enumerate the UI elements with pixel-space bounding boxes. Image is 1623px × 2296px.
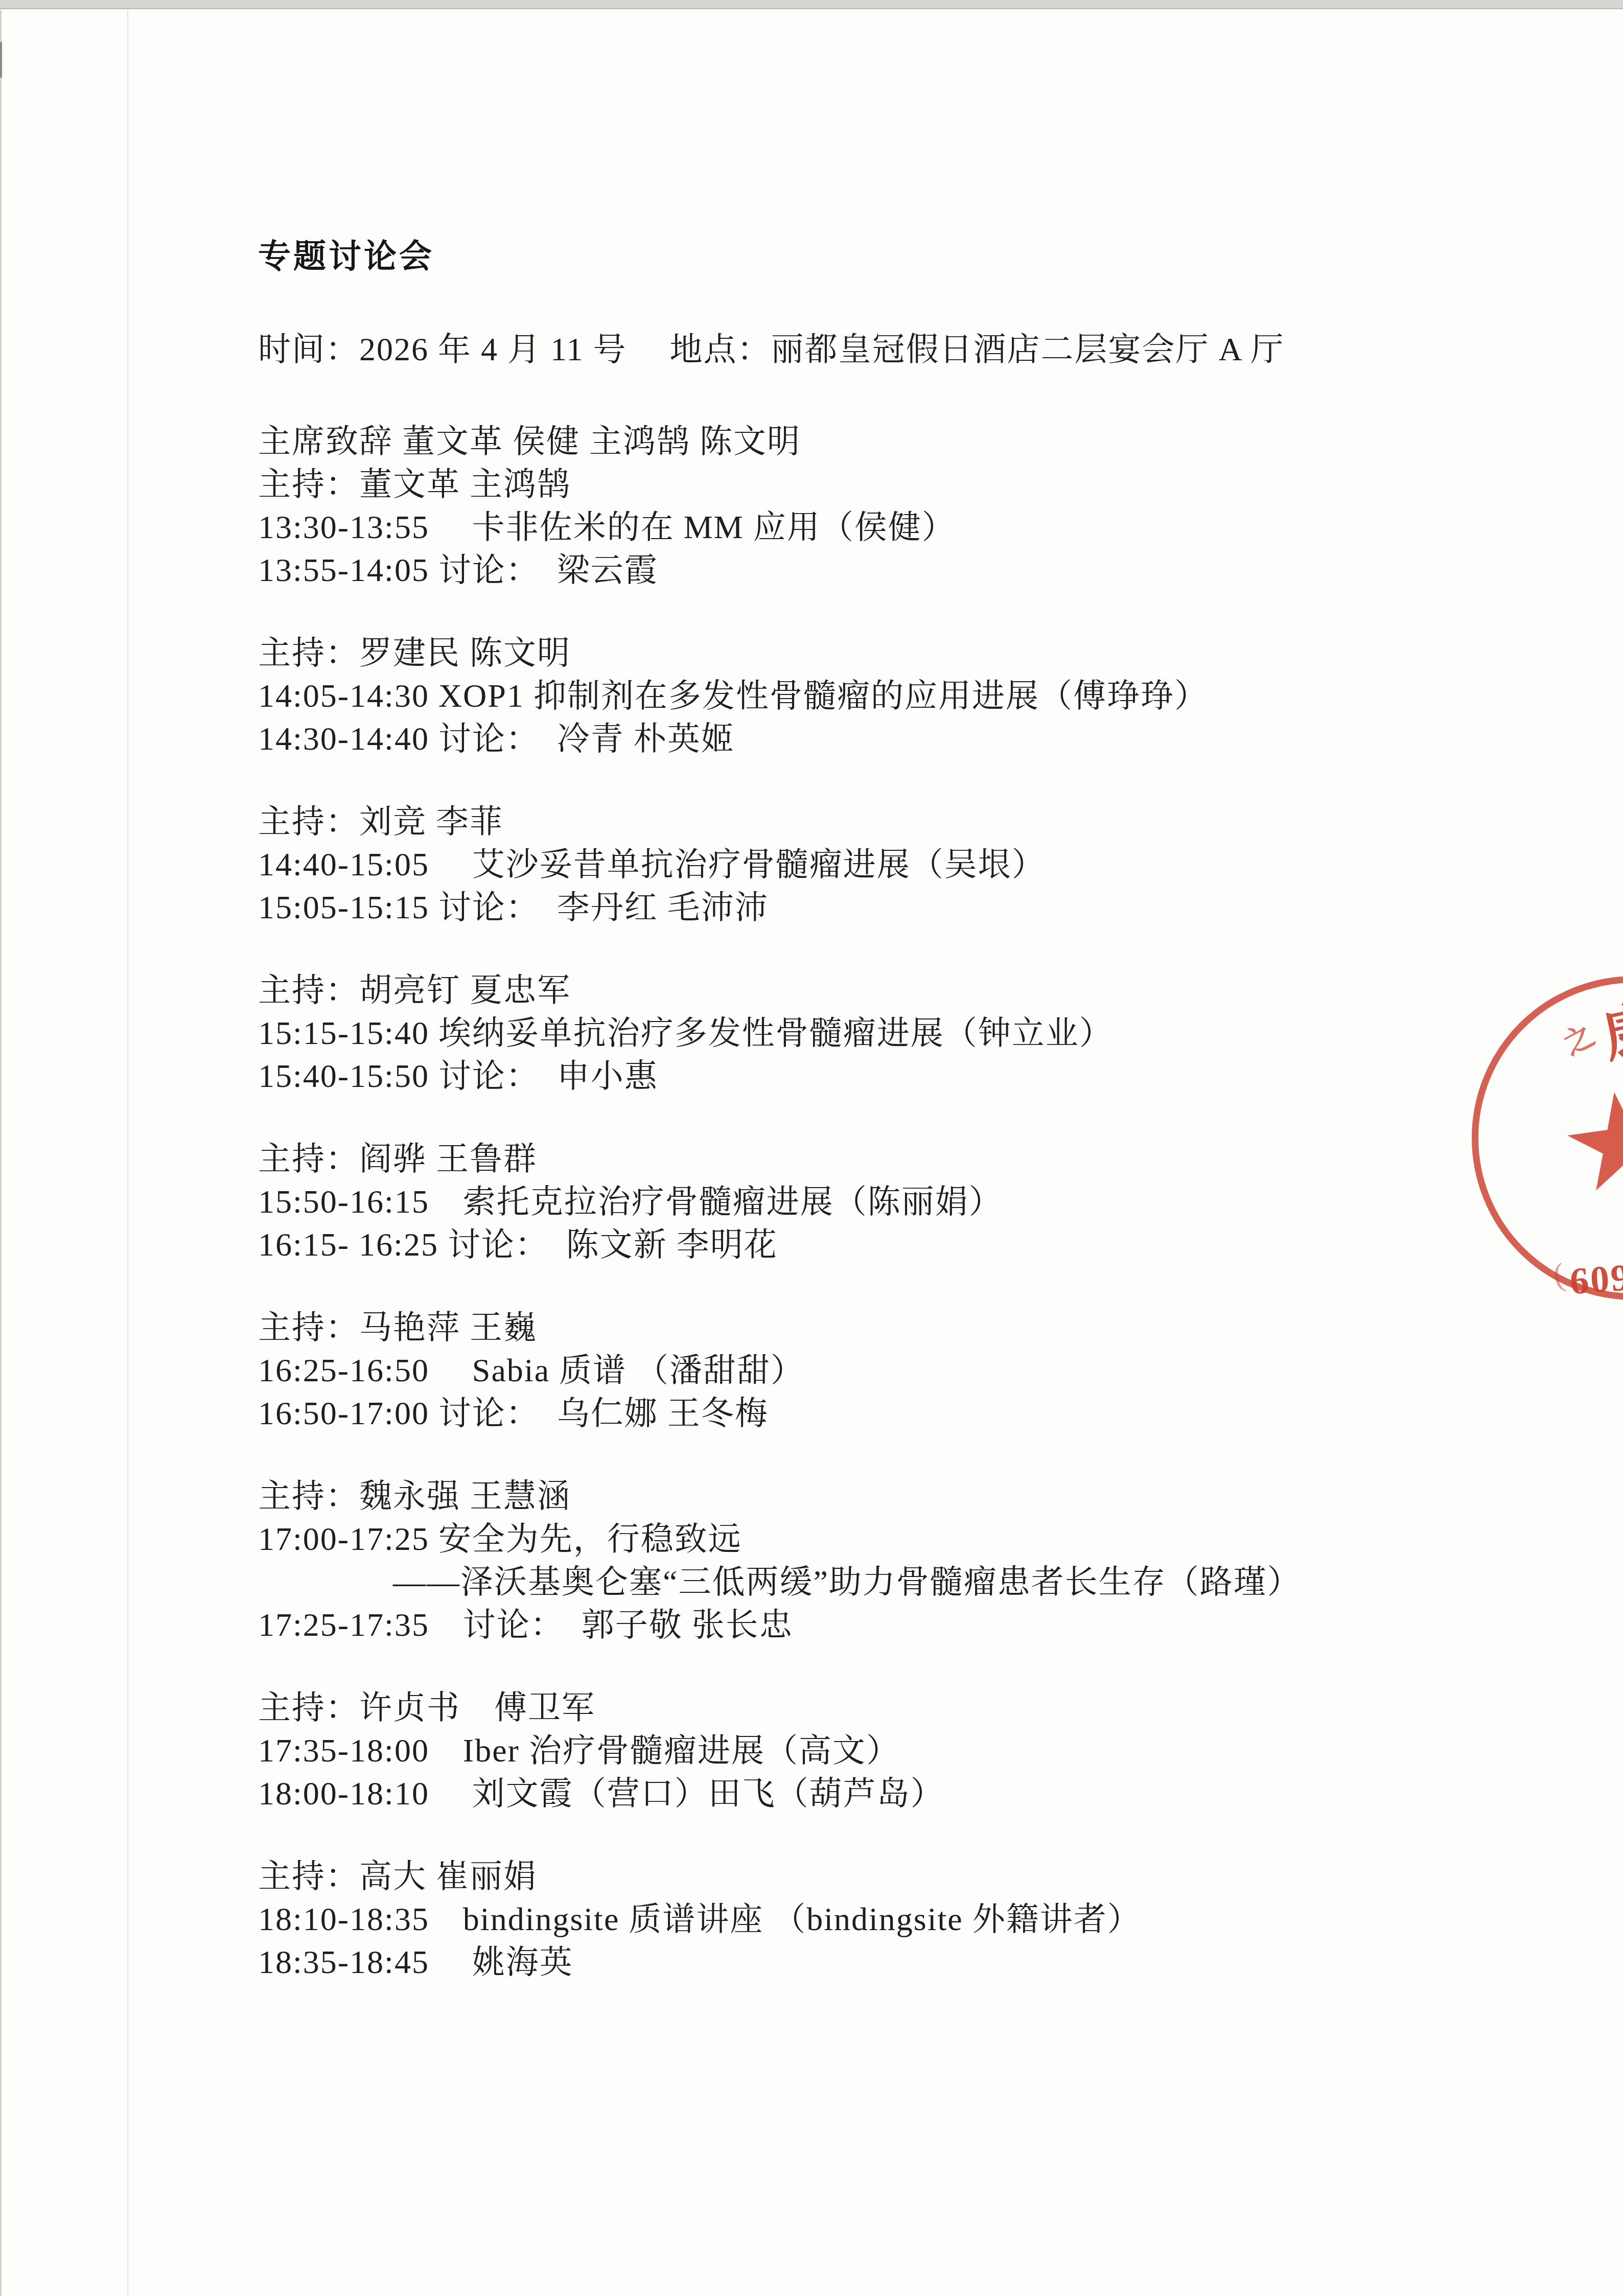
session-block: 主席致辞 董文革 侯健 主鸿鹄 陈文明主持：董文革 主鸿鹄13:30-13:55… — [258, 420, 1510, 592]
session-line: 16:25-16:50 Sabia 质谱 （潘甜甜） — [258, 1349, 1510, 1392]
scan-top-band — [0, 0, 1623, 9]
session-line: 主持：胡亮钉 夏忠军 — [258, 969, 1510, 1012]
session-line: 17:25-17:35 讨论： 郭子敬 张长忠 — [258, 1604, 1510, 1646]
stamp-character: 康 — [1594, 981, 1623, 1074]
session-line: 主持：罗建民 陈文明 — [258, 632, 1510, 675]
stamp-number-prefix: ( — [1550, 1256, 1568, 1295]
session-line: 15:15-15:40 埃纳妥单抗治疗多发性骨髓瘤进展（钟立业） — [258, 1012, 1510, 1055]
page-title: 专题讨论会 — [258, 230, 1510, 277]
session-line: 主持：魏永强 王慧涵 — [258, 1475, 1510, 1518]
session-block: 主持：罗建民 陈文明14:05-14:30 XOP1 抑制剂在多发性骨髓瘤的应用… — [258, 632, 1510, 760]
session-line: 16:50-17:00 讨论： 乌仁娜 王冬梅 — [258, 1392, 1510, 1435]
session-line: 17:00-17:25 安全为先，行稳致远 — [258, 1518, 1510, 1561]
session-line: 14:30-14:40 讨论： 冷青 朴英姬 — [258, 717, 1510, 760]
session-line: 16:15- 16:25 讨论： 陈文新 李明花 — [258, 1223, 1510, 1266]
session-block: 主持：魏永强 王慧涵17:00-17:25 安全为先，行稳致远 ——泽沃基奥仑塞… — [258, 1475, 1510, 1646]
session-line: 15:05-15:15 讨论： 李丹红 毛沛沛 — [258, 886, 1510, 929]
session-line: 主持：阎骅 王鲁群 — [258, 1138, 1510, 1180]
session-line: 主持：许贞书 傅卫军 — [258, 1686, 1510, 1729]
scanned-document-page: 专题讨论会 时间：2026 年 4 月 11 号 地点：丽都皇冠假日酒店二层宴会… — [0, 0, 1623, 2296]
session-line: 主席致辞 董文革 侯健 主鸿鹄 陈文明 — [258, 420, 1510, 463]
session-line: 主持：马艳萍 王巍 — [258, 1306, 1510, 1349]
session-line: 14:40-15:05 艾沙妥昔单抗治疗骨髓瘤进展（吴垠） — [258, 843, 1510, 886]
stamp-side-mark: 之 — [1555, 1011, 1601, 1063]
session-line: 15:50-16:15 索托克拉治疗骨髓瘤进展（陈丽娟） — [258, 1180, 1510, 1223]
session-line: 18:00-18:10 刘文霞（营口）田飞（葫芦岛） — [258, 1772, 1510, 1815]
session-block: 主持：许贞书 傅卫军17:35-18:00 Iber 治疗骨髓瘤进展（高文）18… — [258, 1686, 1510, 1815]
star-icon — [1560, 1084, 1623, 1203]
session-line: 13:55-14:05 讨论： 梁云霞 — [258, 549, 1510, 592]
session-line: 17:35-18:00 Iber 治疗骨髓瘤进展（高文） — [258, 1729, 1510, 1772]
session-block: 主持：阎骅 王鲁群15:50-16:15 索托克拉治疗骨髓瘤进展（陈丽娟）16:… — [258, 1138, 1510, 1266]
session-line: 15:40-15:50 讨论： 申小惠 — [258, 1055, 1510, 1098]
scan-left-notch — [0, 42, 2, 78]
session-line: 主持：高大 崔丽娟 — [258, 1855, 1510, 1898]
stamp-number: 609 — [1568, 1256, 1623, 1304]
session-block: 主持：胡亮钉 夏忠军15:15-15:40 埃纳妥单抗治疗多发性骨髓瘤进展（钟立… — [258, 969, 1510, 1098]
session-line: ——泽沃基奥仑塞“三低两缓”助力骨髓瘤患者长生存（路瑾） — [258, 1561, 1510, 1604]
scan-fold-line — [127, 10, 128, 2296]
time-location-line: 时间：2026 年 4 月 11 号 地点：丽都皇冠假日酒店二层宴会厅 A 厅 — [258, 323, 1510, 370]
session-block: 主持：刘竞 李菲14:40-15:05 艾沙妥昔单抗治疗骨髓瘤进展（吴垠）15:… — [258, 800, 1510, 929]
sessions: 主席致辞 董文革 侯健 主鸿鹄 陈文明主持：董文革 主鸿鹄13:30-13:55… — [258, 420, 1510, 1984]
session-line: 14:05-14:30 XOP1 抑制剂在多发性骨髓瘤的应用进展（傅琤琤） — [258, 675, 1510, 717]
session-line: 主持：刘竞 李菲 — [258, 800, 1510, 843]
session-line: 主持：董文革 主鸿鹄 — [258, 463, 1510, 506]
session-block: 主持：高大 崔丽娟18:10-18:35 bindingsite 质谱讲座 （b… — [258, 1855, 1510, 1984]
session-line: 13:30-13:55 卡非佐米的在 MM 应用（侯健） — [258, 506, 1510, 549]
document-content: 专题讨论会 时间：2026 年 4 月 11 号 地点：丽都皇冠假日酒店二层宴会… — [258, 230, 1510, 1984]
session-line: 18:35-18:45 姚海英 — [258, 1941, 1510, 1984]
scan-left-edge — [0, 10, 2, 2296]
session-block: 主持：马艳萍 王巍16:25-16:50 Sabia 质谱 （潘甜甜）16:50… — [258, 1306, 1510, 1435]
session-line: 18:10-18:35 bindingsite 质谱讲座 （bindingsit… — [258, 1898, 1510, 1941]
